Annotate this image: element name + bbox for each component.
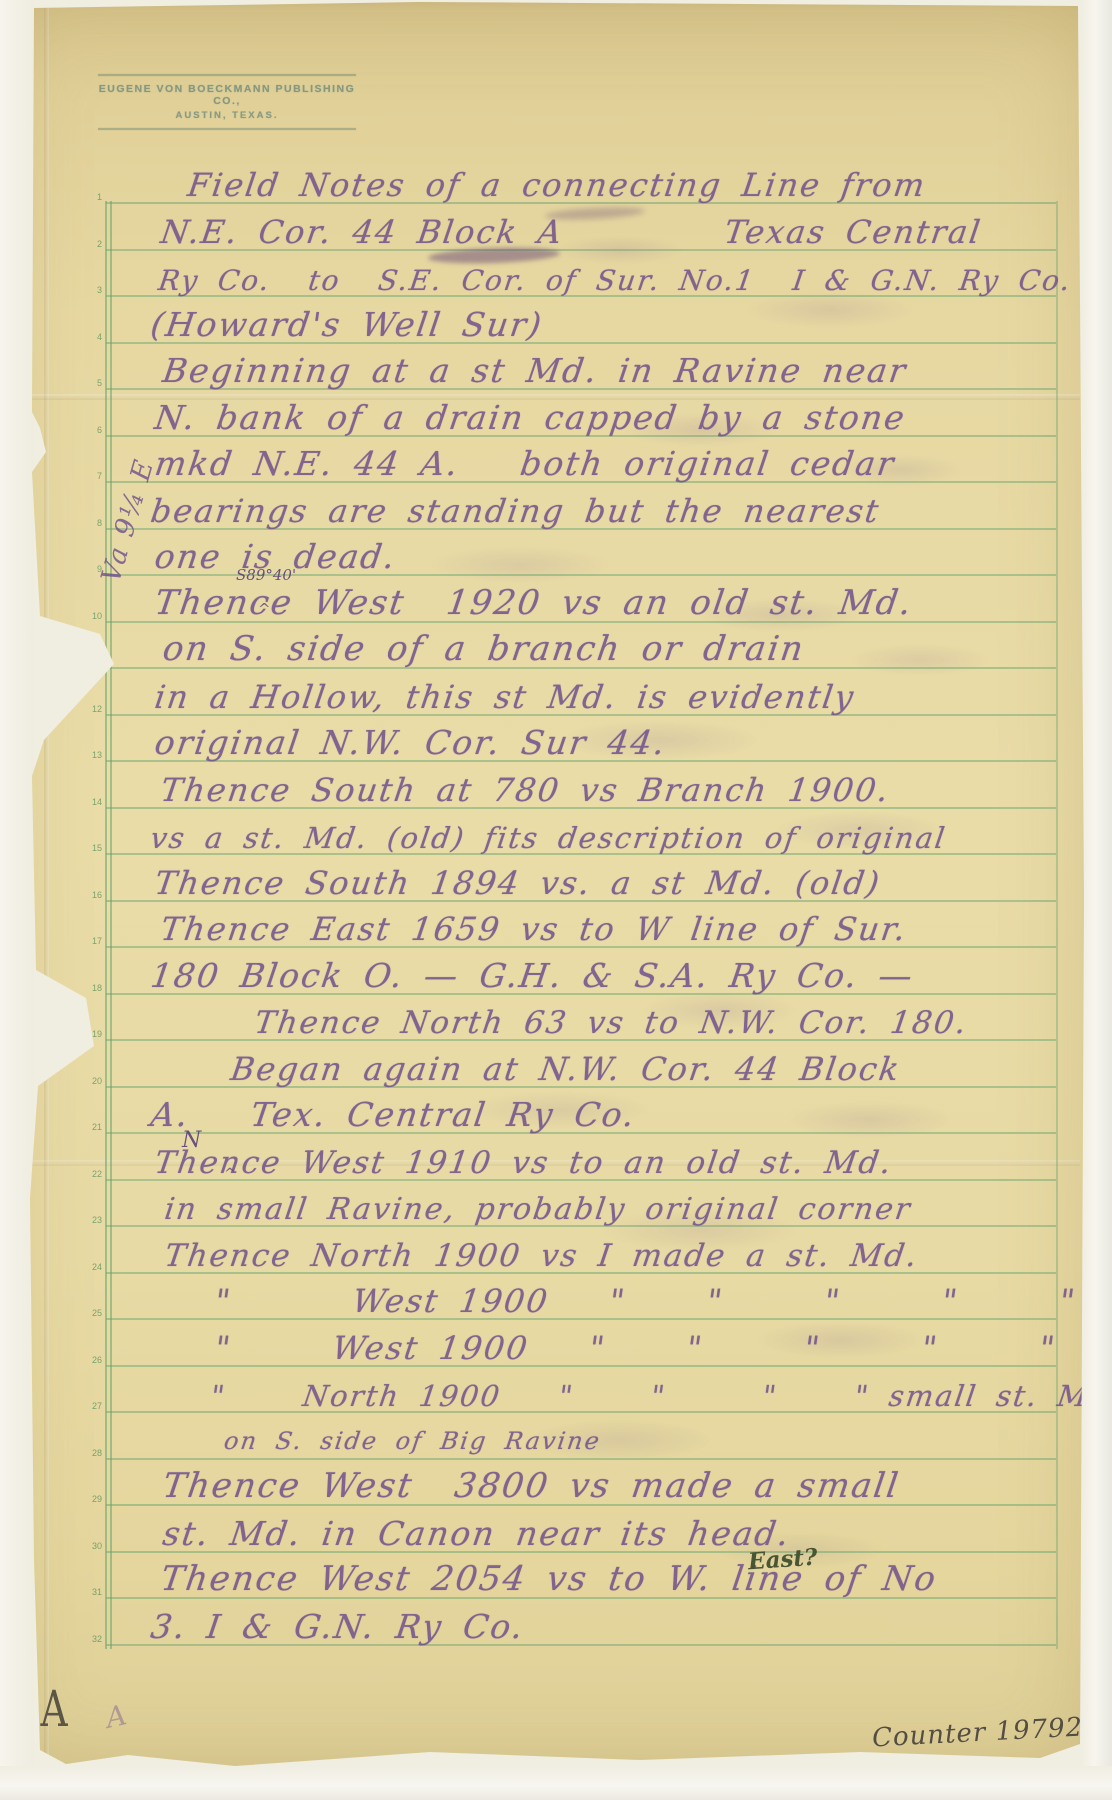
publisher-city: AUSTIN, TEXAS. (98, 110, 356, 121)
line-number: 4 (86, 332, 102, 342)
handwritten-line-19: Thence North 63 vs to N.W. Cor. 180. (252, 1002, 971, 1044)
line-number: 18 (86, 983, 102, 993)
insertion-caret: ^ (258, 600, 271, 618)
handwritten-line-4: (Howard's Well Sur) (148, 302, 546, 347)
paper-crease-vertical (44, 0, 49, 1776)
handwritten-line-13: original N.W. Cor. Sur 44. (152, 720, 669, 765)
line-number: 22 (86, 1169, 102, 1179)
line-number: 16 (86, 890, 102, 900)
line-number: 21 (86, 1122, 102, 1132)
east-query-annotation: East? (747, 1544, 818, 1576)
line-number: 27 (86, 1401, 102, 1411)
line-number: 15 (86, 843, 102, 853)
handwritten-line-31: Thence West 2054 vs to W. line of No (158, 1556, 940, 1602)
line-number: 6 (86, 425, 102, 435)
handwritten-line-16: Thence South 1894 vs. a st Md. (old) (152, 862, 884, 905)
line-number: 30 (86, 1541, 102, 1551)
scanned-field-notes-page: { "printed_header": { "line1": "EUGENE V… (0, 0, 1112, 1800)
handwritten-line-14: Thence South at 780 vs Branch 1900. (158, 769, 893, 812)
ruled-line (106, 1458, 1056, 1460)
insertion-caret: ^ (224, 1166, 236, 1182)
line-number: 20 (86, 1076, 102, 1086)
line-number: 12 (86, 704, 102, 714)
handwritten-line-1: Field Notes of a connecting Line from (185, 164, 929, 207)
handwritten-line-29: Thence West 3800 vs made a small (160, 1463, 903, 1509)
line-number: 28 (86, 1448, 102, 1458)
line-number: 32 (86, 1634, 102, 1644)
line-number: 26 (86, 1355, 102, 1365)
faint-corner-mark: A (103, 1698, 130, 1734)
margin-rule-left-inner (110, 201, 112, 1649)
handwritten-line-26: " West 1900 " " " " " (212, 1327, 1059, 1370)
line-number: 11 (86, 657, 102, 667)
printed-publisher-header: EUGENE VON BOECKMANN PUBLISHING CO., AUS… (98, 74, 356, 130)
publisher-name: EUGENE VON BOECKMANN PUBLISHING CO., (98, 83, 356, 107)
line-number: 13 (86, 750, 102, 760)
handwritten-line-27: " North 1900 " " " " small st. Md. (208, 1377, 1112, 1416)
handwritten-line-17: Thence East 1659 vs to W line of Sur. (158, 908, 910, 951)
line-number: 8 (86, 518, 102, 528)
line-number: 25 (86, 1308, 102, 1318)
handwritten-line-8: bearings are standing but the nearest (148, 490, 883, 533)
scanner-margin-bottom (0, 1766, 1112, 1800)
line-number: 14 (86, 797, 102, 807)
line-number: 1 (86, 192, 102, 202)
paper-sheet: EUGENE VON BOECKMANN PUBLISHING CO., AUS… (0, 0, 1092, 1776)
line-number: 3 (86, 285, 102, 295)
handwritten-line-5: Beginning at a st Md. in Ravine near (160, 348, 910, 393)
counter-number-note: Counter 19792 (871, 1712, 1084, 1753)
handwritten-line-32: 3. I & G.N. Ry Co. (148, 1604, 528, 1649)
handwritten-line-6: N. bank of a drain capped by a stone (152, 395, 909, 440)
inserted-bearing-note: S89°40' (236, 566, 296, 584)
scanner-margin-left (0, 0, 34, 1800)
line-number: 7 (86, 471, 102, 481)
line-number: 5 (86, 378, 102, 388)
handwritten-line-21: A. Tex. Central Ry Co. (148, 1092, 639, 1137)
handwritten-line-24: Thence North 1900 vs I made a st. Md. (162, 1235, 921, 1277)
line-number: 31 (86, 1587, 102, 1597)
handwritten-line-22: Thence West 1910 vs to an old st. Md. (152, 1142, 895, 1184)
handwritten-line-12: in a Hollow, this st Md. is evidently (152, 676, 858, 719)
line-number: 19 (86, 1029, 102, 1039)
handwritten-line-7: mkd N.E. 44 A. both original cedar (152, 441, 898, 486)
line-number: 24 (86, 1262, 102, 1272)
handwritten-line-15: vs a st. Md. (old) fits description of o… (148, 819, 949, 858)
handwritten-line-18: 180 Block O. — G.H. & S.A. Ry Co. — (148, 953, 917, 998)
inserted-letter-note: N (182, 1128, 201, 1153)
header-rule-bottom (98, 128, 356, 130)
handwritten-line-28: on S. side of Big Ravine (222, 1425, 603, 1457)
handwritten-line-23: in small Ravine, probably original corne… (162, 1189, 914, 1230)
scanner-margin-right (1080, 0, 1112, 1800)
handwritten-line-3: Ry Co. to S.E. Cor. of Sur. No.1 I & G.N… (156, 262, 1074, 300)
handwritten-line-20: Began again at N.W. Cor. 44 Block (228, 1048, 903, 1091)
line-number: 29 (86, 1494, 102, 1504)
margin-rule-left-outer (105, 201, 107, 1649)
header-rule-top (98, 74, 356, 76)
handwritten-line-11: on S. side of a branch or drain (160, 626, 808, 672)
margin-rule-right (1056, 201, 1058, 1649)
handwritten-line-25: " West 1900 " " " " " (212, 1280, 1079, 1323)
pencil-corner-mark: A (41, 1680, 68, 1738)
line-number: 2 (86, 239, 102, 249)
handwritten-line-30: st. Md. in Canon near its head. (160, 1511, 794, 1556)
line-number: 17 (86, 936, 102, 946)
line-number: 23 (86, 1215, 102, 1225)
